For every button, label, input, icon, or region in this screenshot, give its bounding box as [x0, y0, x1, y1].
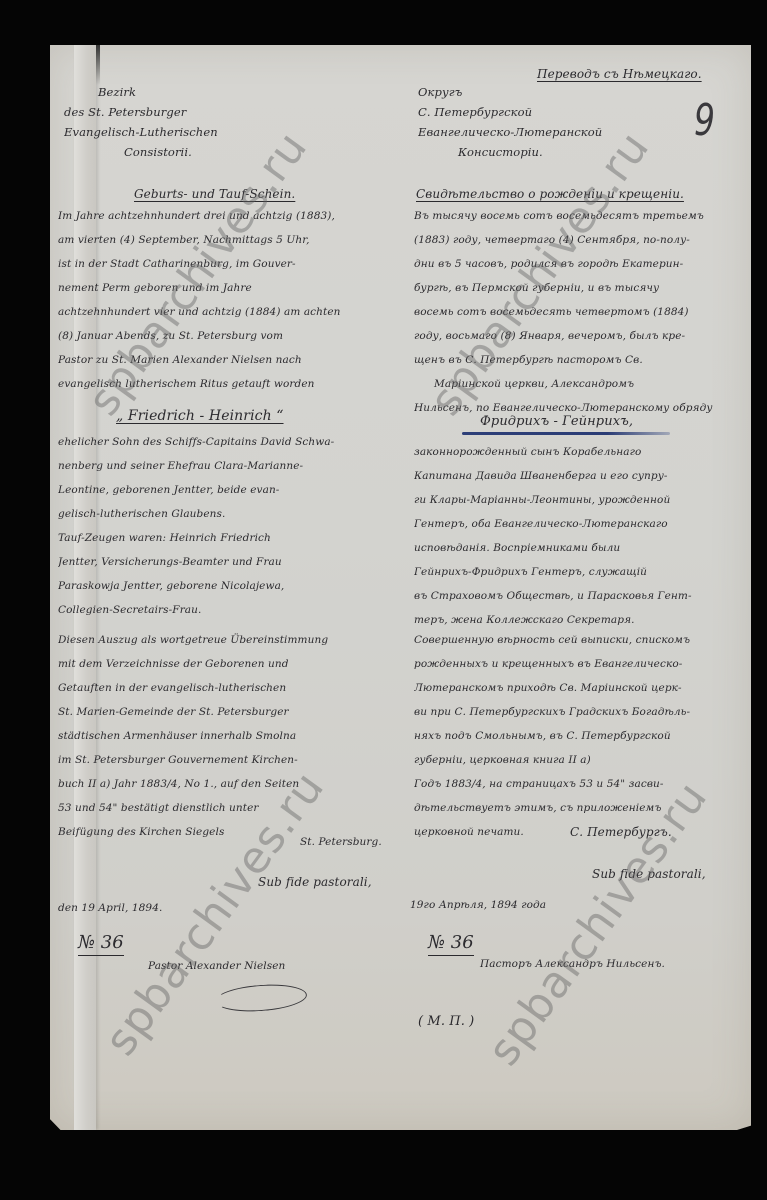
russian-text-line: щенъ въ С. Петербургѣ пасторомъ Св. — [414, 348, 744, 372]
russian-text-line: рожденныхъ и крещенныхъ въ Евангелическо… — [414, 652, 744, 676]
russian-oath: Sub fide pastorali, — [592, 862, 706, 886]
russian-header-line: С. Петербургской — [418, 102, 602, 122]
russian-text-line: въ Страховомъ Обществѣ, и Парасковья Ген… — [414, 584, 744, 608]
german-date: den 19 April, 1894. — [58, 896, 162, 920]
russian-text-line: няхъ подъ Смольнымъ, въ С. Петербургской — [414, 724, 744, 748]
german-body-2: ehelicher Sohn des Schiffs-Capitains Dav… — [58, 430, 408, 622]
german-text-line: am vierten (4) September, Nachmittags 5 … — [58, 228, 408, 252]
russian-text-line: законнорожденный сынъ Корабельнаго — [414, 440, 744, 464]
blue-pencil-underline — [462, 432, 670, 435]
russian-text-line: Гейнрихъ-Фридрихъ Гентеръ, служащій — [414, 560, 744, 584]
russian-date: 19го Апрѣля, 1894 года — [410, 893, 546, 917]
russian-text-line: году, восьмаго (8) Января, вечеромъ, был… — [414, 324, 744, 348]
russian-text-line: Капитана Давида Шваненберга и его супру- — [414, 464, 744, 488]
german-text-line: 53 und 54" bestätigt dienstlich unter — [58, 796, 408, 820]
german-text-line: achtzehnhundert vier und achtzig (1884) … — [58, 300, 408, 324]
german-body-1: Im Jahre achtzehnhundert drei und achtzi… — [58, 204, 408, 396]
german-body-3: Diesen Auszug als wortgetreue Übereinsti… — [58, 628, 408, 844]
russian-text-line: (1883) году, четвертаго (4) Сентября, по… — [414, 228, 744, 252]
german-header-line: Bezirk — [64, 82, 218, 102]
russian-place: С. Петербургъ. — [570, 820, 672, 844]
german-header: Bezirk des St. Petersburger Evangelisch-… — [64, 82, 218, 162]
german-text-line: St. Marien-Gemeinde der St. Petersburger — [58, 700, 408, 724]
russian-text-line: ви при С. Петербургскихъ Градскихъ Богад… — [414, 700, 744, 724]
german-text-line: (8) Januar Abends, zu St. Petersburg vom — [58, 324, 408, 348]
russian-text-line: Гентеръ, оба Евангелическо-Лютеранскаго — [414, 512, 744, 536]
russian-header-line: Округъ — [418, 82, 602, 102]
german-text-line: Pastor zu St. Marien Alexander Nielsen n… — [58, 348, 408, 372]
russian-number: № 36 — [428, 932, 474, 956]
russian-text-line: восемь сотъ восемьдесять четвертомъ (188… — [414, 300, 744, 324]
german-child-name: „ Friedrich - Heinrich “ — [116, 404, 284, 428]
german-text-line: gelisch-lutherischen Glaubens. — [58, 502, 408, 526]
russian-text-line: губерніи, церковная книга II а) — [414, 748, 744, 772]
german-text-line: städtischen Armenhäuser innerhalb Smolna — [58, 724, 408, 748]
german-text-line: im St. Petersburger Gouvernement Kirchen… — [58, 748, 408, 772]
russian-header-line: Евангелическо-Лютеранской — [418, 122, 602, 142]
german-header-line: des St. Petersburger — [64, 102, 218, 122]
russian-header-line: Консисторіи. — [418, 142, 602, 162]
russian-text-line: Годъ 1883/4, на страницахъ 53 и 54" засв… — [414, 772, 744, 796]
german-text-line: buch II a) Jahr 1883/4, No 1., auf den S… — [58, 772, 408, 796]
russian-title: Свидѣтельство о рожденіи и крещеніи. — [416, 182, 684, 206]
russian-text-line: Совершенную вѣрность сей выписки, списко… — [414, 628, 744, 652]
russian-text-line: Въ тысячу восемь сотъ восемьдесятъ треть… — [414, 204, 744, 228]
german-number: № 36 — [78, 932, 124, 956]
german-header-line: Consistorii. — [64, 142, 218, 162]
german-text-line: Leontine, geborenen Jentter, beide evan- — [58, 478, 408, 502]
german-place: St. Petersburg. — [300, 830, 382, 854]
german-text-line: Tauf-Zeugen waren: Heinrich Friedrich — [58, 526, 408, 550]
russian-text-line: ги Клары-Маріанны-Леонтины, урожденной — [414, 488, 744, 512]
russian-text-line: дѣтельствуетъ этимъ, съ приложеніемъ — [414, 796, 744, 820]
german-text-line: Collegien-Secretairs-Frau. — [58, 598, 408, 622]
russian-text-line: дни въ 5 часовъ, родился въ городѣ Екате… — [414, 252, 744, 276]
seal-placeholder: ( М. П. ) — [418, 1010, 474, 1034]
german-text-line: ehelicher Sohn des Schiffs-Capitains Dav… — [58, 430, 408, 454]
page-number: 9 — [694, 95, 715, 146]
russian-signature: Пасторъ Александръ Нильсенъ. — [480, 952, 665, 976]
german-oath: Sub fide pastorali, — [258, 870, 372, 894]
german-title: Geburts- und Tauf-Schein. — [134, 182, 295, 206]
german-text-line: evangelisch lutherischem Ritus getauft w… — [58, 372, 408, 396]
german-text-line: Jentter, Versicherungs-Beamter und Frau — [58, 550, 408, 574]
german-signature: Pastor Alexander Nielsen — [148, 954, 285, 978]
fold-shadow — [96, 45, 100, 85]
russian-child-name: Фридрихъ - Гейнрихъ, — [480, 410, 633, 434]
german-text-line: Getauften in der evangelisch-lutherische… — [58, 676, 408, 700]
german-text-line: Im Jahre achtzehnhundert drei und achtzi… — [58, 204, 408, 228]
german-text-line: Diesen Auszug als wortgetreue Übereinsti… — [58, 628, 408, 652]
german-text-line: mit dem Verzeichnisse der Geborenen und — [58, 652, 408, 676]
russian-body-2: законнорожденный сынъ Корабельнаго Капит… — [414, 440, 744, 632]
russian-text-line: бургѣ, въ Пермской губерніи, и въ тысячу — [414, 276, 744, 300]
russian-body-1: Въ тысячу восемь сотъ восемьдесятъ треть… — [414, 204, 744, 420]
russian-body-3: Совершенную вѣрность сей выписки, списко… — [414, 628, 744, 844]
german-text-line: nement Perm geboren und im Jahre — [58, 276, 408, 300]
german-text-line: Paraskowja Jentter, geborene Nicolajewa, — [58, 574, 408, 598]
german-header-line: Evangelisch-Lutherischen — [64, 122, 218, 142]
russian-text-line: Маріинской церкви, Александромъ — [414, 372, 744, 396]
russian-text-line: Лютеранскомъ приходѣ Св. Маріинской церк… — [414, 676, 744, 700]
russian-header: Округъ С. Петербургской Евангелическо-Лю… — [418, 82, 602, 162]
russian-text-line: исповѣданія. Воспріемниками были — [414, 536, 744, 560]
german-text-line: ist in der Stadt Catharinenburg, im Gouv… — [58, 252, 408, 276]
german-text-line: nenberg und seiner Ehefrau Clara-Mariann… — [58, 454, 408, 478]
